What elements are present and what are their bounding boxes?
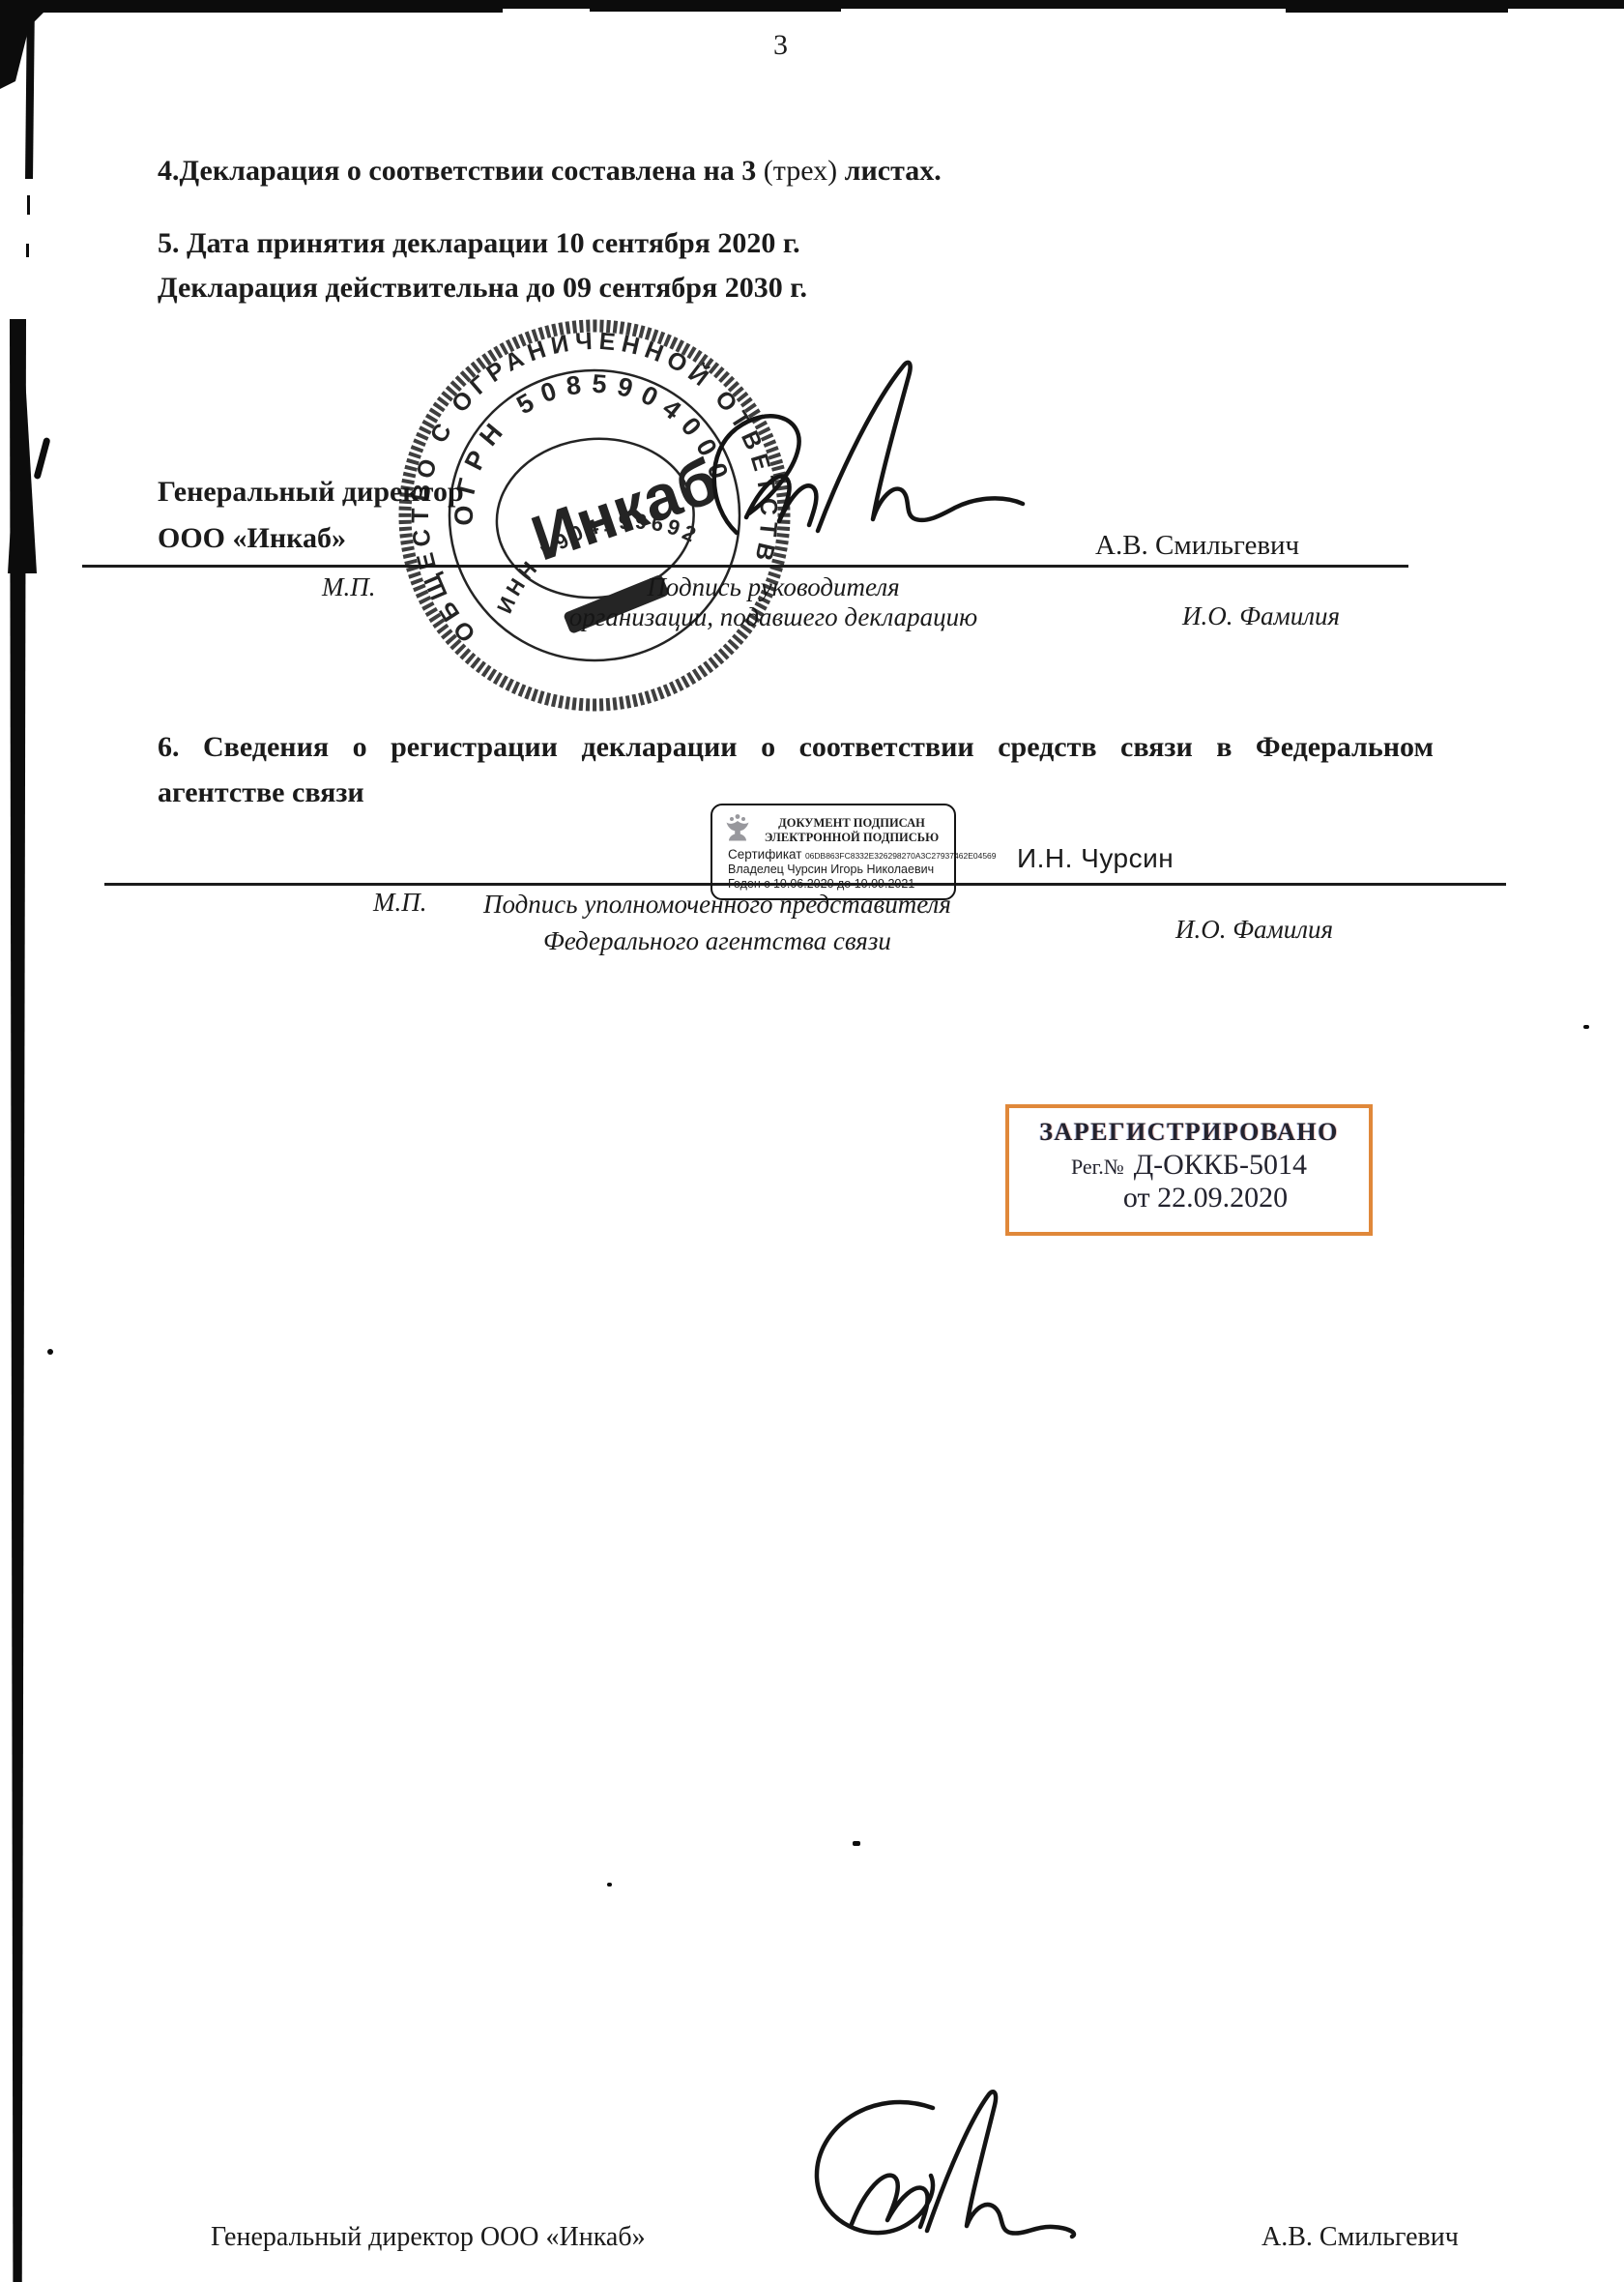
esign-cert-row: Сертификат 06DB863FC8332E326298270A3C279… xyxy=(728,847,997,862)
scan-artifact-top-edge-2 xyxy=(0,9,503,13)
esign-owner: Владелец Чурсин Игорь Николаевич xyxy=(728,863,934,876)
director-name-caption: И.О. Фамилия xyxy=(1182,601,1340,631)
registration-stamp: ЗАРЕГИСТРИРОВАНО Рег.№Д-ОККБ-5014 от 22.… xyxy=(1005,1104,1373,1236)
registration-date: от 22.09.2020 xyxy=(1009,1182,1369,1214)
scan-speck-2 xyxy=(853,1841,860,1846)
paragraph-4-bold-prefix: 4.Декларация о соответствии составлена н… xyxy=(158,155,764,187)
scan-speck-1 xyxy=(1583,1025,1589,1029)
scan-artifact-left-dash-1 xyxy=(27,195,30,215)
signature-director-bottom xyxy=(788,2081,1136,2274)
registration-number-row: Рег.№Д-ОККБ-5014 xyxy=(1009,1149,1369,1182)
paragraph-6-line2: агентстве связи xyxy=(158,776,364,809)
footer-right: А.В. Смильгевич xyxy=(1261,2222,1459,2253)
paragraph-4-bold-suffix: листах. xyxy=(837,155,942,187)
esign-cert-label: Сертификат xyxy=(728,847,801,862)
rossvyaz-emblem-icon xyxy=(722,812,753,845)
registration-number-label: Рег.№ xyxy=(1071,1155,1124,1179)
esign-title-line1: ДОКУМЕНТ ПОДПИСАН xyxy=(759,816,944,831)
scan-artifact-top-edge xyxy=(0,0,1624,9)
registration-stamp-title: ЗАРЕГИСТРИРОВАНО xyxy=(1009,1118,1369,1147)
paragraph-4: 4.Декларация о соответствии составлена н… xyxy=(158,155,942,188)
registrar-name-caption: И.О. Фамилия xyxy=(1175,915,1333,945)
scan-artifact-left-line-top xyxy=(25,0,35,179)
scan-artifact-top-edge-4 xyxy=(1286,9,1508,13)
paragraph-6-line1: 6. Сведения о регистрации декларации о с… xyxy=(158,731,1501,764)
scan-artifact-tick xyxy=(33,437,50,480)
registrar-caption-line2: Федерального агентства связи xyxy=(543,926,891,956)
seal-mark-2: М.П. xyxy=(373,888,427,918)
scan-speck-4 xyxy=(47,1349,53,1355)
esignature-box: ДОКУМЕНТ ПОДПИСАН ЭЛЕКТРОННОЙ ПОДПИСЬЮ С… xyxy=(710,804,956,900)
seal-mark-1: М.П. xyxy=(322,572,376,602)
esign-validity: Годен с 10.06.2020 до 10.09.2021 xyxy=(728,877,914,891)
scan-speck-3 xyxy=(607,1883,612,1887)
signature-director xyxy=(686,343,1150,614)
paragraph-4-plain: (трех) xyxy=(764,155,837,187)
scanned-document-page: 3 4.Декларация о соответствии составлена… xyxy=(0,0,1624,2282)
footer-left: Генеральный директор ООО «Инкаб» xyxy=(211,2222,646,2253)
paragraph-5-line1: 5. Дата принятия декларации 10 сентября … xyxy=(158,227,800,260)
esign-title: ДОКУМЕНТ ПОДПИСАН ЭЛЕКТРОННОЙ ПОДПИСЬЮ xyxy=(759,816,944,844)
director-title-line2: ООО «Инкаб» xyxy=(158,522,346,555)
esign-cert-value: 06DB863FC8332E326298270A3C27937462E04569 xyxy=(805,851,997,861)
scan-artifact-top-edge-3 xyxy=(590,9,841,12)
esign-title-line2: ЭЛЕКТРОННОЙ ПОДПИСЬЮ xyxy=(759,831,944,845)
stamp-logo-blob xyxy=(563,574,670,635)
scan-artifact-left-dash-2 xyxy=(26,244,29,257)
registrar-name: И.Н. Чурсин xyxy=(1017,843,1174,874)
page-number: 3 xyxy=(773,29,788,62)
registration-number-value: Д-ОККБ-5014 xyxy=(1134,1149,1307,1181)
scan-artifact-left-bar xyxy=(10,319,26,2282)
paragraph-5-line2: Декларация действительна до 09 сентября … xyxy=(158,272,807,305)
